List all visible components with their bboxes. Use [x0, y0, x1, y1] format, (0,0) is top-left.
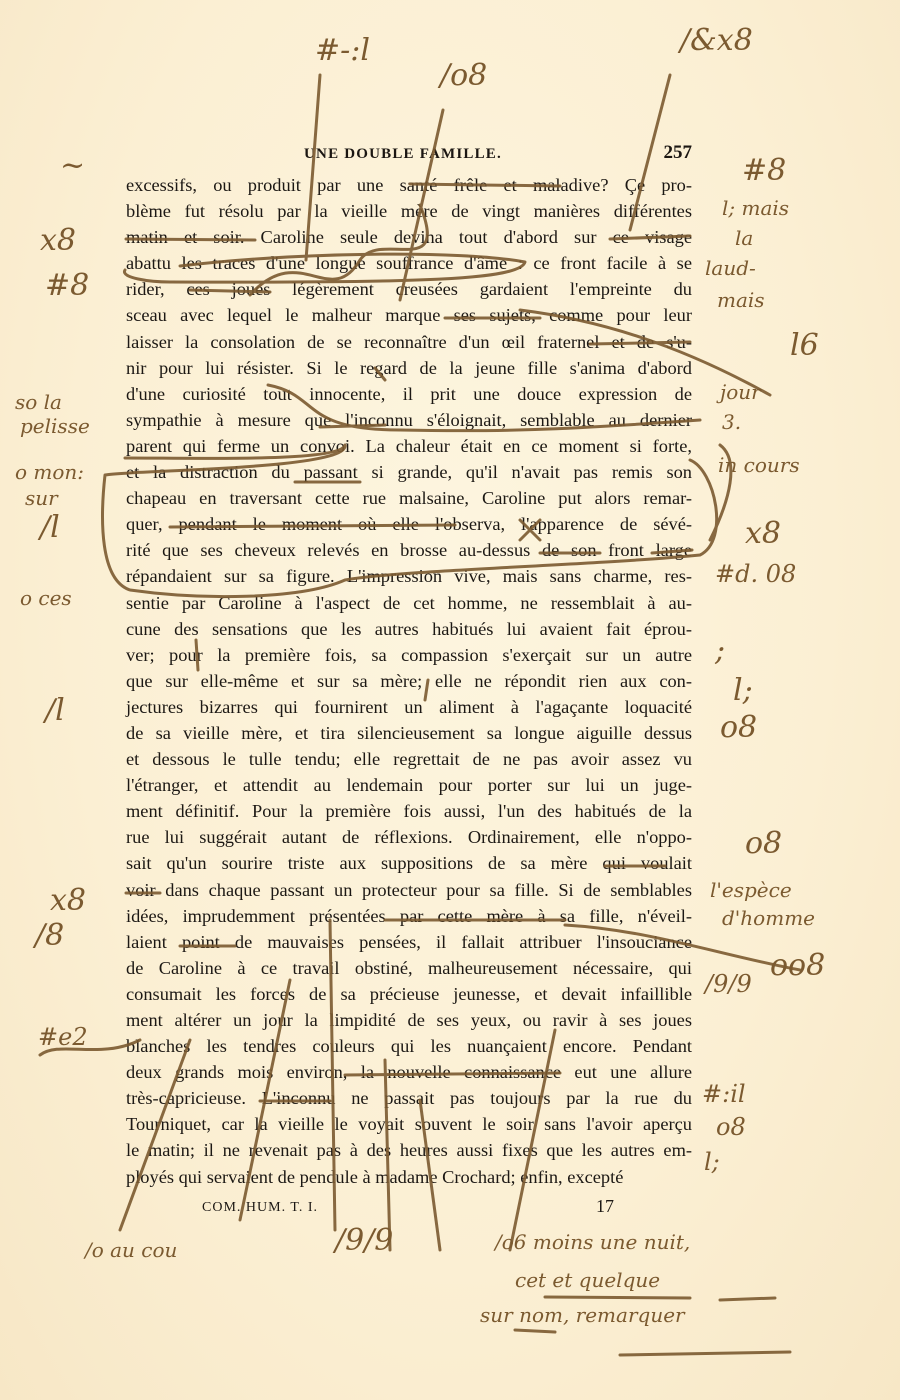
margin-note-top: /o8 — [440, 60, 487, 92]
margin-note-right: la — [735, 228, 753, 249]
margin-note-right: l; — [704, 1150, 720, 1175]
margin-note-right: o8 — [720, 712, 757, 744]
margin-note-right: #d. 08 — [715, 562, 796, 587]
text-line: de Caroline à ce travail obstiné, malheu… — [126, 955, 692, 981]
text-line: laient point de mauvaises pensées, il fa… — [126, 929, 692, 955]
margin-note-left: #e2 — [38, 1025, 88, 1050]
text-line: répandaient sur sa figure. L'impression … — [126, 563, 692, 589]
margin-note-right: in cours — [718, 455, 800, 476]
text-line: parent qui ferme un convoi. La chaleur é… — [126, 433, 692, 459]
margin-note-left: pelisse — [20, 416, 90, 437]
text-line: deux grands mois environ, la nouvelle co… — [126, 1059, 692, 1085]
text-line: sentie par Caroline à l'aspect de cet ho… — [126, 590, 692, 616]
printed-text-block: excessifs, ou produit par une santé frêl… — [126, 172, 692, 1190]
text-line: laisser la consolation de se reconnaître… — [126, 329, 692, 355]
margin-note-right: ; — [715, 635, 725, 667]
margin-note-left: sur — [25, 488, 58, 509]
margin-note-left: o mon: — [15, 462, 84, 483]
margin-note-right: d'homme — [722, 908, 815, 929]
text-line: sympathie à mesure que l'inconnu s'éloig… — [126, 407, 692, 433]
margin-note-right: 3. — [722, 412, 741, 433]
text-line: idées, imprudemment présentées par cette… — [126, 903, 692, 929]
margin-note-bottom: sur nom, remarquer — [480, 1305, 685, 1326]
page-number: 257 — [664, 142, 693, 164]
signature-mark: COM. HUM. T. I. — [202, 1200, 318, 1216]
text-line: matin et soir. Caroline seule devina tou… — [126, 224, 692, 250]
margin-note-left: /l — [45, 695, 65, 727]
margin-note-top: /&x8 — [680, 25, 753, 57]
text-line: ment définitif. Pour la première fois au… — [126, 798, 692, 824]
text-line: d'une curiosité tout innocente, il prit … — [126, 381, 692, 407]
margin-note-right: jour — [720, 382, 761, 403]
text-line: sait qu'un sourire triste aux suppositio… — [126, 850, 692, 876]
text-line: blème fut résolu par la vieille mère de … — [126, 198, 692, 224]
margin-note-bottom: /9/9 — [335, 1225, 393, 1257]
margin-note-right: l; — [733, 675, 753, 707]
margin-note-right: #:il — [702, 1082, 746, 1107]
margin-note-right: laud- — [705, 258, 756, 279]
text-line: Tourniquet, car la vieille le voyait sou… — [126, 1111, 692, 1137]
text-line: rue lui suggérait autant de réflexions. … — [126, 824, 692, 850]
margin-note-bottom: /o au cou — [85, 1240, 177, 1261]
margin-note-left: o ces — [20, 588, 72, 609]
margin-note-right: /9/9 — [705, 972, 752, 997]
margin-note-right: mais — [717, 290, 765, 311]
text-line: très-capricieuse. L'inconnu ne passait p… — [126, 1085, 692, 1111]
margin-note-right: #8 — [742, 155, 786, 187]
text-line: de sa vieille mère, et tira silencieusem… — [126, 720, 692, 746]
text-line: consumait les forces de sa précieuse jeu… — [126, 981, 692, 1007]
margin-note-right: x8 — [745, 518, 781, 550]
text-line: quer, pendant le moment où elle l'observ… — [126, 511, 692, 537]
margin-note-bottom: cet et quelque — [515, 1270, 660, 1291]
margin-note-right: o8 — [745, 828, 782, 860]
text-line: que sur elle-même et sur sa mère; elle n… — [126, 668, 692, 694]
text-line: chapeau en traversant cette rue malsaine… — [126, 485, 692, 511]
text-line: blanches les tendres couleurs qui les nu… — [126, 1033, 692, 1059]
text-line: sceau avec lequel le malheur marque ses … — [126, 302, 692, 328]
text-line: et dessous le tulle tendu; elle regretta… — [126, 746, 692, 772]
text-line: rider, ces joues légèrement creusées gar… — [126, 276, 692, 302]
margin-note-right: oo8 — [770, 950, 825, 982]
margin-note-top: #-:l — [315, 35, 370, 67]
margin-note-left: /l — [40, 512, 60, 544]
running-head: UNE DOUBLE FAMILLE. 257 — [126, 142, 692, 164]
text-line: excessifs, ou produit par une santé frêl… — [126, 172, 692, 198]
text-line: l'étranger, et attendit au lendemain pou… — [126, 772, 692, 798]
margin-note-right: o8 — [716, 1115, 746, 1140]
text-line: nir pour lui résister. Si le regard de l… — [126, 355, 692, 381]
running-title: UNE DOUBLE FAMILLE. — [304, 146, 502, 163]
margin-note-left: /8 — [35, 920, 64, 952]
margin-note-right: l; mais — [722, 198, 789, 219]
text-line: cune des sensations que les autres habit… — [126, 616, 692, 642]
page-footer: COM. HUM. T. I. 17 — [126, 1196, 692, 1218]
margin-note-left: so la — [15, 392, 62, 413]
margin-note-right: l'espèce — [710, 880, 792, 901]
text-line: voir dans chaque passant un protecteur p… — [126, 877, 692, 903]
text-line: rité que ses cheveux relevés en brosse a… — [126, 537, 692, 563]
margin-note-right: l6 — [790, 330, 819, 362]
text-line: ployés qui servaient de pendule à madame… — [126, 1164, 692, 1190]
text-line: ment altérer un jour la limpidité de ses… — [126, 1007, 692, 1033]
sheet-number: 17 — [596, 1196, 614, 1217]
margin-note-left: #8 — [45, 270, 89, 302]
margin-note-left: ~ — [60, 150, 85, 182]
margin-note-left: x8 — [40, 225, 76, 257]
text-line: abattu les traces d'une longue souffranc… — [126, 250, 692, 276]
text-line: ver; pour la première fois, sa compassio… — [126, 642, 692, 668]
margin-note-left: x8 — [50, 885, 86, 917]
text-line: le matin; il ne revenait pas à des heure… — [126, 1137, 692, 1163]
text-line: jectures bizarres qui fournirent un alim… — [126, 694, 692, 720]
book-page: UNE DOUBLE FAMILLE. 257 excessifs, ou pr… — [0, 0, 900, 1400]
text-line: et la distraction du passant si grande, … — [126, 459, 692, 485]
margin-note-bottom: /o6 moins une nuit, — [495, 1232, 690, 1253]
